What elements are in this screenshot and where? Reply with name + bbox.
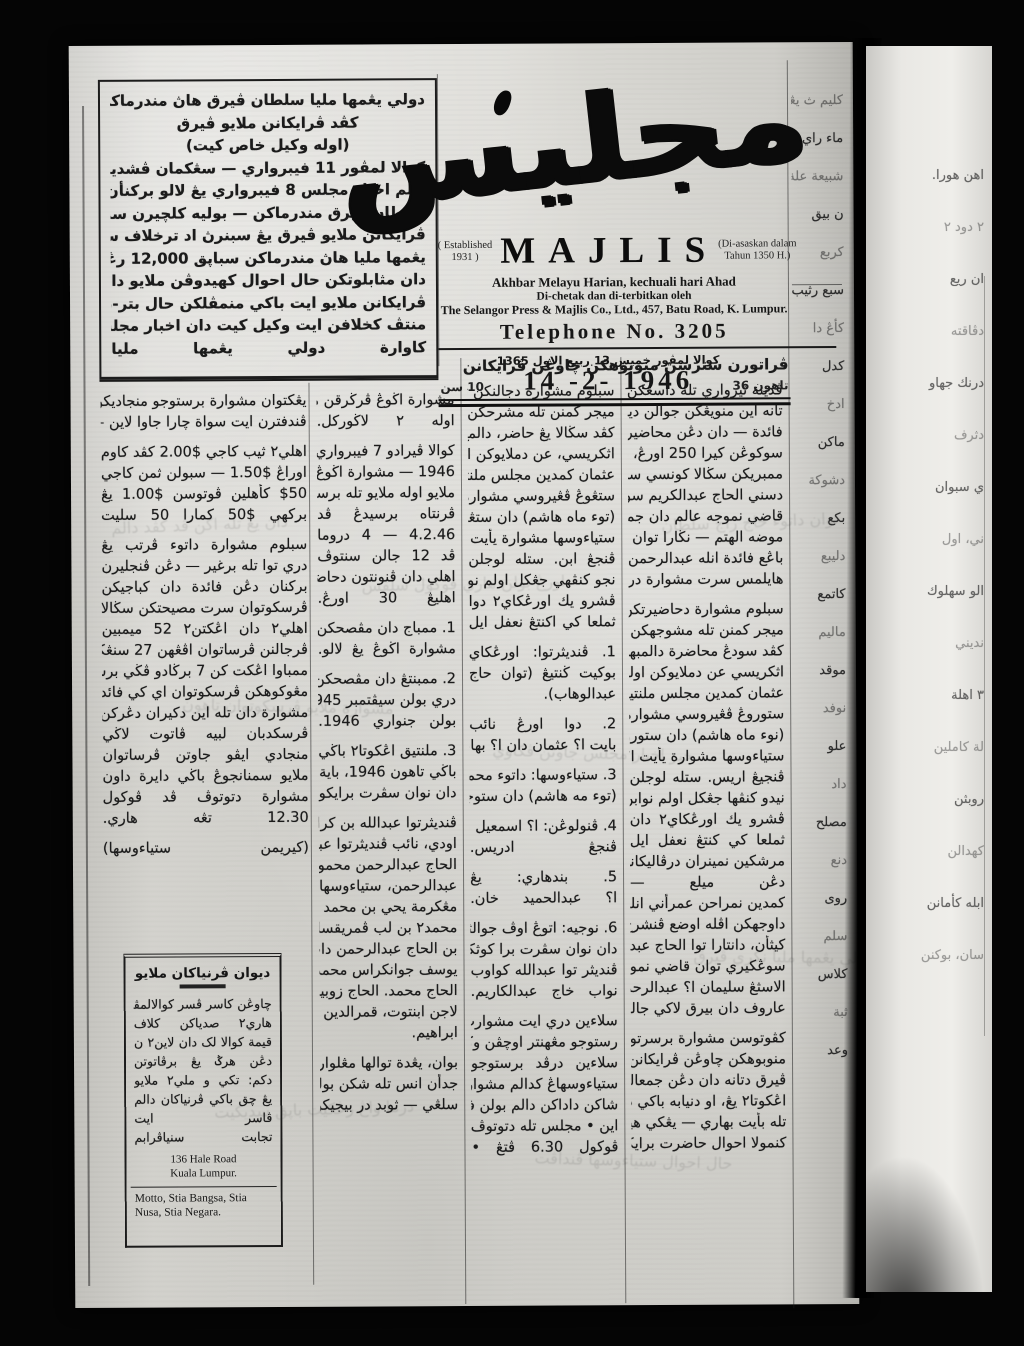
article-fragment: ماكن — [793, 424, 845, 462]
article-line: دان نوان سڤرت برايكوت دي: — [319, 783, 457, 805]
article-line: اثكريسي، عن دملايوكن اوله — [468, 444, 615, 466]
column-4: ڤدينة ثيرواري تله دأسڠكن فكيرتانه اين من… — [627, 380, 787, 1277]
article-line: ڤشرو يك اورڠكاي٢ دان — [630, 809, 785, 831]
article-line: ستياءوسهاڠ كدالم مشوارت ملايو — [471, 1074, 618, 1096]
notice-line: يڠمها مليا هاڽ مندرماكن سباڽق 12,000 رڠڬ… — [111, 246, 426, 270]
article-line: مشوارة اڬوڠ ڤرڬرقن ملايو — [317, 390, 455, 412]
article-line: اثكريسي عن دملايوكن اوله — [629, 662, 784, 684]
founded-note: (Di-asaskan dalam Tahun 1350 H.) — [718, 238, 797, 262]
masthead-jawi-calligraphy: مجليس — [406, 32, 817, 246]
article-line: ملايو سمنانجوڠ باڬي دايرة داون — [102, 766, 308, 788]
article-fragment: سلم — [795, 918, 847, 956]
article-line: اوراڠ $1.50 — سبولن ثمن كاجي — [101, 463, 307, 485]
article-fragment: روى — [795, 880, 847, 918]
article-line: ستڠوڠ ڤڠيروسي مشوارة يأيت — [468, 486, 615, 508]
adjacent-page-fragments: اهن هورا.٢ دود ٢ان ريعدڤاقتهدرنك جهاودثر… — [876, 150, 984, 982]
article-line: مشوارة دان تله اين دكيران دڠركن — [102, 703, 308, 725]
article-fragment: دشوكة — [793, 462, 845, 500]
article-line: مرشكين نمينران درڤاليكاني ديڠ — [630, 851, 785, 873]
article-fragment: علو — [794, 728, 846, 766]
adjacent-fragment: كهدالن — [876, 826, 984, 878]
box-line: دڠن هرݣ يڠ برڤاتوتن — [134, 1051, 272, 1071]
adjacent-fragment: لة كاملين — [876, 722, 984, 774]
masthead-subtitle-1: Akhbar Melayu Harian, kechuali hari Ahad — [438, 273, 790, 291]
adjacent-page: اهن هورا.٢ دود ٢ان ريعدڤاقتهدرنك جهاودثر… — [866, 46, 992, 1292]
article-line: دان نوان سڤرت برا كوثكت — [470, 939, 617, 961]
article-line: ستوروڠ ڤڠيروسي مشوارة يأيت — [629, 704, 784, 726]
article-line: بن الحاج عبدالرحمن دات محمد — [319, 939, 457, 961]
adjacent-fragment: نديني — [876, 618, 984, 670]
article-line: (نوء ماه هاشم) دان ستوروڠ — [629, 725, 784, 747]
article-line: سلاءين درڤد برستوجو — [471, 1053, 618, 1075]
adjacent-fragment: سان، بوكنن — [876, 930, 984, 982]
article-line: (كيريمن ستياءوسها) — [103, 838, 309, 860]
box-line: هاري٢ صدياكن كلاف — [134, 1013, 272, 1033]
adjacent-fragment: دثرف — [876, 410, 984, 462]
article-line: تانه اين منويڠكن جوالن ديسكيرله — [628, 401, 783, 423]
article-line: ڤندفترن ايت سواة چارا جاوا لاين — — [101, 412, 307, 434]
article-line: ستياءوسها مشوارة يأيت ا؟ اسمعيل — [468, 528, 615, 550]
article-fragment: سبع رثيب — [792, 272, 844, 310]
dewan-perniagaan-box: ديوان ڤرنياكان ملايو چاوڠن كاسر ڤسر كوال… — [123, 953, 283, 1248]
article-line: ڤنجيڠ اريس. ستله لوجلن — [629, 767, 784, 789]
article-line: كڤد سودڠ محاضرة دالمبهاس — [629, 641, 784, 663]
article-fragment: نوفد — [794, 690, 846, 728]
article-line: ثملعا كي كنتڠ نعفل ايل — [630, 830, 785, 852]
page-left-edge-line — [82, 106, 90, 1286]
established-line2: 1931 ) — [438, 251, 493, 263]
article-line: ممباوا اڠكت كن 7 برڬادو ڤڬي برسام — [102, 661, 308, 683]
article-line: كڤوتوسن مشوارة برسرتوجو — [631, 1028, 786, 1050]
column-3: سبلوم مشوارة دجالنكن توانميجر كمنن تله م… — [467, 381, 619, 1278]
article-fragment: ادخ — [792, 386, 844, 424]
article-fragment: كأڠ دا — [792, 310, 844, 348]
article-line: ابراهيم. — [320, 1023, 458, 1045]
notice-line: منتڤ كخلافن ايت وكيل كيت دان اخبار مجلس … — [111, 313, 426, 337]
article-line: 4.2.46 — 4 دروما — [317, 525, 455, 547]
adjacent-fragment: الو سهلوك — [876, 566, 984, 618]
article-line: 1. ڤنديثرتوا: اورڠكاي — [469, 642, 616, 664]
article-line: بايت ا؟ عثمان دان ا؟ بهاء — [469, 735, 616, 757]
article-line: كڤد سڬالا يڠ حاضر، دالمڠ — [468, 423, 615, 445]
article-fragment: كاتمع — [793, 576, 845, 614]
article-line: ڤدينة ثيرواري تله دأسڠكن فكير — [627, 380, 782, 402]
column-rule-1 — [308, 383, 314, 1285]
article-line: مشوارة دتوتوڤ ڤد ڤوكول — [103, 787, 309, 809]
newspaper-photo: دان يڠ تله اكن ڤد كڤد دالممشوارة ملايو ڤ… — [0, 0, 1024, 1346]
adjacent-fragment: ني، اول — [876, 514, 984, 566]
article-line: $50 كأهلين ڤوتوسن $1.00 يڠ — [101, 484, 307, 506]
article-fragment: ماء راي — [791, 120, 843, 158]
adjacent-fragment: ٣ اهلة — [876, 670, 984, 722]
column-rule-3 — [620, 357, 626, 1303]
article-line: رستوجو مڠهنتر اوچڤن وكيل — [471, 1032, 618, 1054]
article-fragment: كليم ث يڠة — [791, 82, 843, 120]
adjacent-fragment: ي سبوان — [876, 462, 984, 514]
article-line: اودي، نائب ڤنديثرتوا عبدالعزيز — [319, 834, 457, 856]
article-line: 2. ممبنتڠ دان مڤصحكن كيرا٢ — [318, 669, 456, 691]
article-fragment: دنع — [795, 842, 847, 880]
address-line1: 136 Hale Road — [134, 1152, 272, 1167]
notice-line: ڤرايكانن ملايو ايت باكي منمڤلكن حال بتر-… — [111, 291, 426, 315]
article-line: كنمولا احوال حاضرت برايكوت: — — [631, 1133, 786, 1155]
article-line: بوكيت ڬنتيڠ (توان حاج — [469, 663, 616, 685]
box-line: قيمة كوالا لک دان لاين٢ ن — [134, 1032, 272, 1052]
article-line: بولن جنواري 1946. — [318, 711, 456, 733]
box-line: دكم: تكي و ملي٢ ملايو — [134, 1070, 272, 1090]
article-line: سبلوم مشوارة دحاضيرتكن نوان — [629, 599, 784, 621]
article-line: ڤنديثر توا عبدالله كواوب — [470, 960, 617, 982]
article-line: نيدو كنڤها جڠكل اولم نوابن — [630, 788, 785, 810]
article-line: 3. ستياءوسها: داتوء محمد — [469, 765, 616, 787]
article-line: منوبوهكن چاوڠن ڤرايكانن ملايو — [631, 1049, 786, 1071]
article-line: (توء ماه هاشم) دان ستڠوڠ — [468, 507, 615, 529]
article-line: اهلي٢ دان اڠكتن٢ 52 ميمبين — [102, 619, 308, 641]
adjacent-page-rule — [984, 276, 985, 1036]
article-line: عبدالرحمن، ستياءوسها — [319, 876, 457, 898]
article-line: دسني الحاج عبدالكريم سوڠكي، توان — [628, 485, 783, 507]
founded-line1: (Di-asaskan dalam — [718, 238, 796, 250]
article-line: اڠكوتا٢ يڠ، او دنيابه باكي دا برا — [631, 1091, 786, 1113]
article-line: ڤنديثرتوا عبدالله بن كراويب — [319, 813, 457, 835]
article-line: يوسف جوانكراس محمد اثير بن — [319, 960, 457, 982]
article-line: سلڠي — ثوبد در بيجيكن مند ايت — [320, 1095, 458, 1117]
article-line: مڠكرمة يحي بن محمد ثاني، نائب — [319, 897, 457, 919]
article-line: ڤرجالنن ڤرساتوان اڤڠهن 27 سنڠكر — [102, 640, 308, 662]
article-line: ملايو اوله ملايو تله برسيدڠ — [317, 483, 455, 505]
article-fragment: وعد — [796, 1032, 848, 1070]
article-line: اهليڠ 30 اورڠ. — [318, 588, 456, 610]
adjacent-fragment: دڤاقته — [876, 306, 984, 358]
article-line: سوڠكيري توان قاضي نموجه عالم — [630, 956, 785, 978]
masthead-publisher-line: The Selangor Press & Majlis Co., Ltd., 4… — [438, 301, 790, 318]
article-line: 6. نوجيه: اتوڠ اوڤ جوالثكراس — [470, 918, 617, 940]
article-line: فائدة — دان دڠن محاضيري ترماسوق — [628, 422, 783, 444]
article-line: ڤوكول 6.30 ڤتڠ • — [471, 1137, 618, 1159]
motto-line: Motto, Stia Bangsa, Stia Nusa, Stia Nega… — [135, 1191, 273, 1220]
adjacent-fragment: ان ريع — [876, 254, 984, 306]
article-line: ا؟ عبدالحميد خان. — [470, 888, 617, 910]
article-line: قاضي نموجه عالم دان جماهن — [628, 506, 783, 528]
article-line: شاكن داداكن دالم بولن فيبرواري — [471, 1095, 618, 1117]
article-fragment: بكع — [793, 500, 845, 538]
article-fragment: موقد — [794, 652, 846, 690]
founded-line2: Tahun 1350 H.) — [718, 250, 796, 262]
article-line: دري توا تله برغير — دڠن ڤنجليرن — [101, 556, 307, 578]
article-line: باڠع فائدة انله عبدالرحمن محاضر — [628, 548, 783, 570]
article-line: ڤشرو يك اورڠكاي٢ دوا — [469, 591, 616, 613]
article-line: لاجن ابنتوت، قمرالدين بن الحاج — [320, 1002, 458, 1024]
article-line: ڤنجڠ ادريس. — [470, 837, 617, 859]
article-line: اين • مجلس تله دتوتوڤ ايه كورڠ — [471, 1116, 618, 1138]
article-line: ثملعا كي اكنتڠ نعفل ايل — [469, 612, 616, 634]
column-5-partial: كليم ث يڠةماء رايشبيعة علةن بيقكربعسبع ر… — [791, 82, 849, 1282]
column-rule-2 — [460, 358, 466, 1304]
article-line: بركهي $50 كمارا 50 سليت — [101, 505, 307, 527]
article-line: موضه الهتم — نڬارا توان ڠكاوي — [628, 527, 783, 549]
adjacent-fragment: اهن هورا. — [876, 150, 984, 202]
article-line: ڤرسكوتوان سرت مصيحتكن سڬالا — [102, 598, 308, 620]
article-fragment: مصلح — [795, 804, 847, 842]
address-line2: Kuala Lumpur. — [135, 1166, 273, 1181]
article-line: عبدالوهاب). — [469, 684, 616, 706]
article-line: مشوارة اڬوڠ يڠ لالو. — [318, 639, 456, 661]
address-block: 136 Hale Road Kuala Lumpur. — [134, 1152, 272, 1181]
article-fragment: كربع — [792, 234, 844, 272]
article-line: محمد٢ بن لب ڤمريقسا شهرون — [319, 918, 457, 940]
article-line: مڠوكوهكن ڤرسكوتوان اي كي فائدة — [102, 682, 308, 704]
adjacent-fragment: ابله كأمانن — [876, 878, 984, 930]
lead-line-text: ڤراتورن سترسڽ منوبوهكن چاوڠن ڤرايكانن مل… — [463, 354, 788, 377]
article-line: 12.30 تڠه هاري. — [103, 808, 309, 830]
article-fragment: ماليم — [794, 614, 846, 652]
adjacent-fragment: درنك جهاو — [876, 358, 984, 410]
article-line: باڬي تاهون 1946، باية انجين — [318, 762, 456, 784]
article-line: كيثأن، دانتارا توا الحاج عبدالكريم — [630, 935, 785, 957]
article-line: عاروف دان بيرق لاكي جالين — [631, 998, 786, 1020]
article-line: ستياءوسها مشوارة يأيت ا؟ اسمعيل — [629, 746, 784, 768]
telephone-rule — [438, 346, 836, 350]
article-fragment: شبيعة علة — [791, 158, 843, 196]
article-line: الحاج عبدالرحمن محمود بن — [319, 855, 457, 877]
box-line: ڤاسر ايت — [134, 1108, 272, 1128]
article-line: 1946 — مشوارة اڬوڠ ڤر-كنوان — [317, 462, 455, 484]
box-heading: ديوان ڤرنياكان ملايو — [134, 965, 272, 982]
article-line: اهلي٢ ثيب كاجي $2.00 كڤد كاوم — [101, 442, 307, 464]
article-line: سلاءين دري ايت مشوارت — [471, 1011, 618, 1033]
newspaper-page: دان يڠ تله اكن ڤد كڤد دالممشوارة ملايو ڤ… — [69, 42, 860, 1308]
article-line: يڠكتوان مشوارة برستوجو منجاديكن — [101, 391, 307, 413]
notice-line: كاوارة دولي يڠمها مليا — [111, 336, 426, 360]
article-line: نواب خاج عبدالكاريم. — [471, 981, 618, 1003]
article-line: عثمان كمدين مجلس ملنتيق — [629, 683, 784, 705]
lead-line: ڤراتورن سترسڽ منوبوهكن چاوڠن ڤرايكانن مل… — [463, 354, 788, 377]
article-line: (توء مه هاشم) دان ستوجوڠ — [470, 786, 617, 808]
article-line: سوكوڠن كيرا 250 اورڠ، دانتارا — [628, 443, 783, 465]
article-line: كوالا ڤيرادو 7 فيبرواري — [317, 441, 455, 463]
article-line: بوان، يڠدة توالها مڠلواركن — [320, 1053, 458, 1075]
article-line: ممبريكن سڬالا كونسي سنڤوسكن — [628, 464, 783, 486]
notice-line: دان مثابلوتكن حال احوال كهيدوڤن ملايو دا… — [111, 268, 426, 292]
article-line: نجو كنڤهي جڠكل اولم نوان — [468, 570, 615, 592]
article-line: 3. ملنتيق اڠكوتا٢ باڬي — [318, 741, 456, 763]
box-line: تجابت سنياڤرابم — [134, 1127, 272, 1147]
article-line: 4. ڤنولوڠن: ا؟ اسمعيل بن — [470, 816, 617, 838]
article-line: ميجر كمنن تله مشرحكن زريمكاسيه — [468, 402, 615, 424]
telephone-line: Telephone No. 3205 — [438, 318, 790, 345]
box-body: چاوڠن كاسر ڤسر كوالالمڤورهاري٢ صدياكن كل… — [134, 994, 273, 1147]
article-line: كمدين نمراحن عمرأني انله — [630, 893, 785, 915]
motto-divider — [131, 1186, 277, 1188]
article-fragment: دليبع — [793, 538, 845, 576]
box-line: چاوڠن كاسر ڤسر كوالالمڤور — [134, 994, 272, 1014]
article-line: داوجهكن اڤله اوضع ڤنشرح سماعة — [630, 914, 785, 936]
box-line: يڠ چق باكي ڤرنياكان دالم — [134, 1089, 272, 1109]
article-line: 2. دوا اورڠ نائب — [469, 714, 616, 736]
column-2: مشوارة اڬوڠ ڤرڬرقن ملايواوله ٢ لاڬوركل.ك… — [317, 390, 460, 1275]
article-line: بركنان دڠن فائدة دان كباجيكن — [101, 577, 307, 599]
article-line: اوله ٢ لاڬوركل. — [317, 411, 455, 433]
article-fragment: ثبة — [796, 994, 848, 1032]
column-1: يڠكتوان مشوارة برستوجو منجاديكنڤندفترن ا… — [101, 391, 310, 952]
article-fragment: ن بيق — [791, 196, 843, 234]
article-line: 5. بندهاري: يڠ — [470, 867, 617, 889]
article-fragment: داد — [794, 766, 846, 804]
adjacent-fragment: ٢ دود ٢ — [876, 202, 984, 254]
article-line: الاسثڠ سليمان ا؟ عبدالرحمن — [631, 977, 786, 999]
article-line: تله بأيت بهاري — يڠكي هيڠڬا — [631, 1112, 786, 1134]
article-line: منجادي ايڤو جاوتن ڤرساتوان — [102, 745, 308, 767]
article-line: ڤرسكدبان لبيه ڤاتوت لاڬي — [102, 724, 308, 746]
article-line: دڠن ميلع — — [630, 872, 785, 894]
article-line: ڤد 12 جالن سنتوڤ — [317, 546, 455, 568]
adjacent-fragment: روبثن — [876, 774, 984, 826]
article-line: سبلوم مشوارة دجالنكن توان — [467, 381, 614, 403]
article-line: ڤنجڠ ابن. ستله لوجلن — [468, 549, 615, 571]
article-fragment: كدل — [792, 348, 844, 386]
article-line: ڤيرق دتانه دان دڠن جمعالم — [631, 1070, 786, 1092]
article-line: الحاج محمد. الحاج زوبير قاضي — [320, 981, 458, 1003]
article-line: 1. ممباج دان مڤصحكن ڤوتوسن — [318, 618, 456, 640]
heading-underline — [180, 984, 226, 988]
article-line: عثمان كمدين مجلس ملنتيق — [468, 465, 615, 487]
article-line: هايلمس سرت مشوارة دري بڠ — [628, 569, 783, 591]
paper-title: MAJLIS — [500, 229, 718, 273]
article-line: ميجر كمنن تله مشوجهكن زريمكاسيه — [629, 620, 784, 642]
article-fragment: كلاس — [795, 956, 847, 994]
article-line: اهلي دان ڤنونتون دحاضيري اوله — [317, 567, 455, 589]
article-line: ڤرنتاه برسيدڠ ڤد — [317, 504, 455, 526]
article-line: سبلوم مشوارة داتوء ڤرتب يڠ — [101, 535, 307, 557]
article-line: جدأن انس تله شكن بولن اهلي 52 — [320, 1074, 458, 1096]
article-line: دري بولن سيڤتمبر 1945 هيڠڬ — [318, 690, 456, 712]
